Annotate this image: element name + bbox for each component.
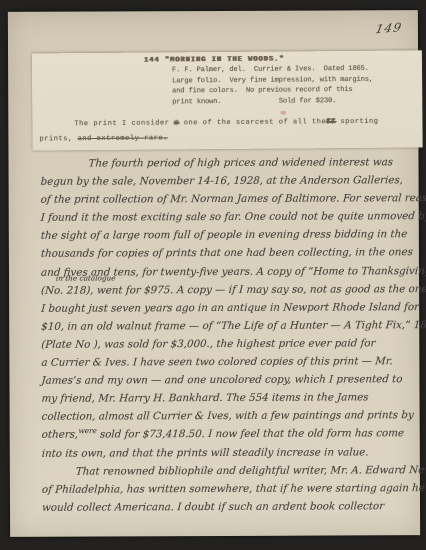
handwritten-line: of Philadelphia, has written somewhere, … bbox=[41, 479, 420, 499]
handwritten-line: of the print collection of Mr. Norman Ja… bbox=[40, 189, 419, 209]
ink-speck bbox=[280, 111, 286, 115]
handwritten-line: the sight of a large room full of people… bbox=[40, 225, 419, 245]
handwritten-text-block: The fourth period of high prices and wid… bbox=[40, 153, 420, 517]
handwritten-line: I found it the most exciting sale so far… bbox=[40, 207, 419, 227]
sentence-text: sporting bbox=[336, 118, 379, 126]
handwritten-line: The fourth period of high prices and wid… bbox=[40, 153, 419, 173]
handwritten-line: (Plate No ), was sold for $3,000., the h… bbox=[41, 334, 420, 354]
sentence-text: The print I consider bbox=[74, 119, 174, 128]
typed-line: print known. Sold for $230. bbox=[172, 96, 336, 108]
handwritten-line: James’s and my own — and one uncolored c… bbox=[41, 370, 420, 390]
page-number: 149 bbox=[375, 20, 404, 36]
handwritten-text: (No. 218), went for $975. A copy — if I … bbox=[41, 283, 426, 297]
handwritten-line: $10, in an old walnut frame — of “The Li… bbox=[41, 316, 420, 336]
typed-sentence-line2: prints, and extremely rare. bbox=[40, 133, 168, 144]
typed-sentence-line1: The print I consider # one of the scarce… bbox=[74, 117, 378, 130]
sentence-text: one of the scarcest of all the bbox=[179, 118, 326, 127]
handwritten-line: my friend, Mr. Harry H. Bankhard. The 55… bbox=[41, 388, 420, 408]
strikethrough-text: and extremely rare. bbox=[78, 134, 168, 143]
inline-insertion: were bbox=[78, 426, 97, 435]
album-page: 149 144 "MORNING IN THE WOODS." F. F. Pa… bbox=[8, 10, 420, 537]
scanned-scrapbook-photo: { "page": { "number": "149" }, "typed_no… bbox=[0, 0, 426, 550]
handwritten-line: a Currier & Ives. I have seen two colore… bbox=[41, 352, 420, 372]
typed-note-slip: 144 "MORNING IN THE WOODS." F. F. Palmer… bbox=[32, 50, 423, 150]
handwritten-text: others, bbox=[41, 429, 78, 441]
handwritten-line: That renowned bibliophile and delightful… bbox=[41, 461, 420, 481]
inline-insertion: in the catalogue bbox=[56, 274, 116, 282]
handwritten-line: collection, almost all Currier & Ives, w… bbox=[41, 406, 420, 426]
handwritten-line: into its own, and that the prints will s… bbox=[41, 443, 420, 463]
handwritten-line: in the catalogue(No. 218), went for $975… bbox=[40, 280, 419, 300]
handwritten-line: thousands for copies of prints that one … bbox=[40, 244, 419, 264]
handwritten-text: sold for $73,418.50. I now feel that the… bbox=[96, 428, 404, 441]
sentence-text: prints, bbox=[40, 135, 78, 143]
handwritten-line: others,were sold for $73,418.50. I now f… bbox=[41, 425, 420, 445]
handwritten-line: begun by the sale, November 14-16, 1928,… bbox=[40, 171, 419, 191]
handwritten-line: would collect Americana. I doubt if such… bbox=[41, 497, 420, 517]
handwritten-line: I bought just seven years ago in an anti… bbox=[41, 298, 420, 318]
overstrike-blot: ff bbox=[326, 118, 336, 126]
